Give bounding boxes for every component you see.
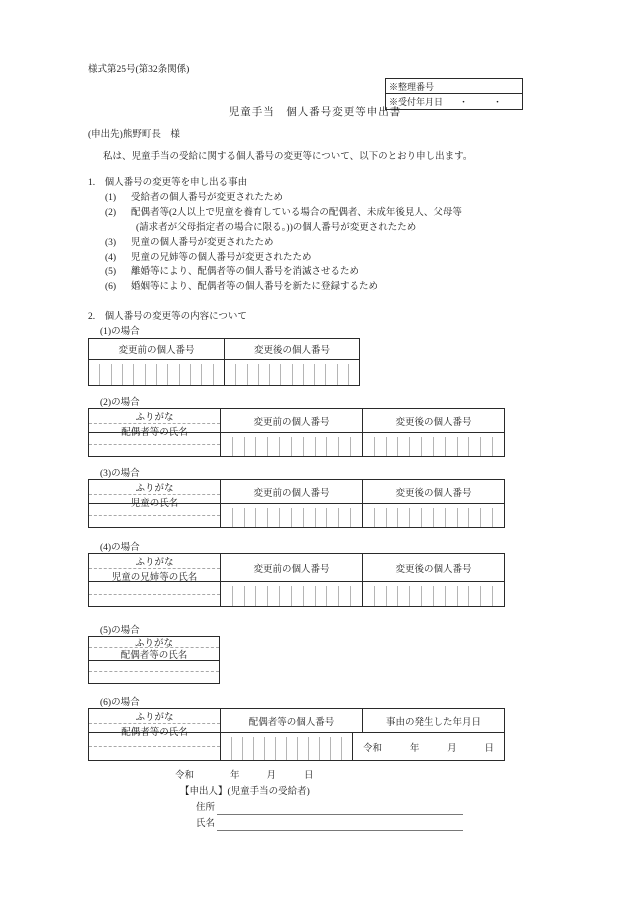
number-after-cells: [362, 582, 504, 606]
name-underline: [217, 819, 463, 831]
digit-cell: [422, 437, 434, 456]
number-before-cells: [221, 504, 362, 527]
reason-item-text: 児童の個人番号が変更されたため: [131, 237, 274, 250]
digit-cell: [387, 508, 399, 527]
digit-cell: [446, 586, 458, 606]
reason-item-number: (4): [105, 252, 131, 265]
spouse-number-cells: [221, 733, 352, 760]
case4-table: ふりがな 児童の兄姉等の氏名 変更前の個人番号 変更後の個人番号: [88, 553, 505, 607]
digit-cell: [281, 364, 292, 385]
col-header-before: 変更前の個人番号: [221, 480, 362, 503]
address-row: 住所: [196, 802, 463, 815]
digit-cell: [293, 364, 304, 385]
digit-cell: [123, 364, 134, 385]
era-label: 令和: [175, 770, 194, 783]
digit-cell: [304, 437, 316, 456]
furigana-label: ふりがな: [89, 480, 220, 495]
number-before-cells: [89, 360, 224, 385]
reason-item-number: (5): [105, 266, 131, 279]
digit-cell: [232, 737, 243, 760]
digit-cell: [458, 437, 470, 456]
digit-cell: [233, 437, 245, 456]
digit-cell: [315, 364, 326, 385]
case2-table: ふりがな 配偶者等の氏名 変更前の個人番号 変更後の個人番号: [88, 408, 505, 457]
digit-cell: [256, 508, 268, 527]
digit-cell: [221, 437, 233, 456]
reason-item-text: 受給者の個人番号が変更されたため: [131, 192, 283, 205]
digit-cell: [339, 437, 351, 456]
digit-cell: [256, 437, 268, 456]
digit-cell: [338, 364, 349, 385]
digit-cell: [458, 586, 470, 606]
furigana-entry: [89, 504, 220, 516]
digit-cell: [134, 364, 145, 385]
digit-cell: [112, 364, 123, 385]
digit-cell: [481, 508, 493, 527]
reason-item-text: 婚姻等により、配偶者等の個人番号を新たに登録するため: [131, 281, 378, 294]
digit-cell: [351, 437, 362, 456]
furigana-label: ふりがな: [89, 409, 220, 424]
digit-cell: [434, 437, 446, 456]
digit-cell: [214, 364, 224, 385]
digit-cell: [304, 508, 316, 527]
col-header-after: 変更後の個人番号: [362, 480, 504, 503]
reason-item-text: 配偶者等(2人以上で児童を養育している場合の配偶者、未成年後見人、父母等: [131, 207, 462, 220]
digit-cell: [327, 437, 339, 456]
digit-cell: [493, 437, 504, 456]
col-header-before: 変更前の個人番号: [221, 554, 362, 581]
digit-cell: [268, 437, 280, 456]
digit-cell: [287, 737, 298, 760]
reason-item-1: (1) 受給者の個人番号が変更されたため: [105, 192, 283, 205]
digit-cell: [245, 437, 257, 456]
digit-cell: [339, 508, 351, 527]
digit-cell: [351, 508, 362, 527]
name-row: 氏名: [196, 818, 463, 831]
digit-cell: [280, 586, 292, 606]
digit-cell: [481, 586, 493, 606]
digit-cell: [146, 364, 157, 385]
digit-cell: [422, 586, 434, 606]
digit-cell: [316, 437, 328, 456]
digit-cell: [243, 737, 254, 760]
intro-text: 私は、児童手当の受給に関する個人番号の変更等について、以下のとおり申し出ます。: [103, 151, 472, 164]
digit-cell: [342, 737, 352, 760]
reason-item-6: (6) 婚姻等により、配偶者等の個人番号を新たに登録するため: [105, 281, 378, 294]
digit-cell: [446, 437, 458, 456]
furigana-entry: [89, 661, 219, 672]
digit-cell: [326, 364, 337, 385]
reason-item-2-continuation: (請求者が父母指定者の場合に限る。))の個人番号が変更されたため: [136, 222, 416, 235]
sibling-name-label: 児童の兄姉等の氏名: [89, 569, 220, 583]
digit-cell: [410, 586, 422, 606]
name-entry: [89, 516, 220, 527]
reason-item-5: (5) 離婚等により、配偶者等の個人番号を消滅させるため: [105, 266, 359, 279]
digit-cell: [481, 437, 493, 456]
col-header-before: 変更前の個人番号: [221, 409, 362, 432]
digit-cell: [245, 586, 257, 606]
digit-cell: [100, 364, 111, 385]
name-entry-cell: [89, 504, 221, 527]
digit-cell: [265, 737, 276, 760]
number-after-cells: [224, 360, 359, 385]
address-underline: [217, 803, 463, 815]
digit-cell: [225, 364, 236, 385]
digit-cell: [268, 586, 280, 606]
digit-cell: [398, 586, 410, 606]
digit-cell: [320, 737, 331, 760]
digit-cell: [304, 586, 316, 606]
col-header-after: 変更後の個人番号: [362, 554, 504, 581]
digit-cell: [434, 586, 446, 606]
digit-cell: [387, 586, 399, 606]
year-label: 年: [410, 740, 420, 754]
page-title: 児童手当 個人番号変更等申出書: [0, 106, 630, 120]
form-code: 様式第25号(第32条関係): [88, 64, 189, 77]
digit-cell: [292, 437, 304, 456]
col-header-event-date: 事由の発生した年月日: [362, 709, 504, 732]
digit-cell: [331, 737, 342, 760]
application-date-line: 令和 年 月 日: [175, 770, 314, 783]
digit-cell: [363, 437, 375, 456]
digit-cell: [493, 586, 504, 606]
digit-cell: [233, 586, 245, 606]
reason-item-number: (1): [105, 192, 131, 205]
furigana-entry: [89, 733, 220, 747]
name-entry: [89, 445, 220, 456]
digit-cell: [221, 586, 233, 606]
digit-cell: [221, 737, 232, 760]
reason-item-text: 児童の兄姉等の個人番号が変更されたため: [131, 252, 312, 265]
digit-cell: [276, 737, 287, 760]
digit-cell: [157, 364, 168, 385]
digit-cell: [351, 586, 362, 606]
digit-cell: [363, 508, 375, 527]
digit-cell: [327, 508, 339, 527]
day-label: 日: [304, 770, 314, 783]
era-label: 令和: [363, 740, 382, 754]
digit-cell: [316, 508, 328, 527]
digit-cell: [398, 508, 410, 527]
digit-cell: [292, 508, 304, 527]
digit-cell: [259, 364, 270, 385]
digit-cell: [339, 586, 351, 606]
col-header-before: 変更前の個人番号: [89, 339, 224, 359]
reason-item-text: 離婚等により、配偶者等の個人番号を消滅させるため: [131, 266, 359, 279]
digit-cell: [280, 437, 292, 456]
digit-cell: [469, 437, 481, 456]
ref-number-label: ※整理番号: [389, 80, 434, 93]
month-label: 月: [447, 740, 457, 754]
digit-cell: [327, 586, 339, 606]
name-label: 氏名: [196, 818, 215, 831]
name-header-cell: ふりがな 配偶者等の氏名: [89, 409, 221, 432]
reason-item-3: (3) 児童の個人番号が変更されたため: [105, 237, 274, 250]
case1-table: 変更前の個人番号 変更後の個人番号: [88, 338, 360, 386]
section2-heading: 2. 個人番号の変更等の内容について: [88, 311, 247, 324]
digit-cell: [245, 508, 257, 527]
furigana-entry: [89, 433, 220, 445]
digit-cell: [304, 364, 315, 385]
digit-cell: [493, 508, 504, 527]
furigana-label: ふりがな: [89, 709, 220, 724]
digit-cell: [309, 737, 320, 760]
number-before-cells: [221, 433, 362, 456]
digit-cell: [316, 586, 328, 606]
case5-table: ふりがな 配偶者等の氏名: [88, 636, 220, 684]
name-header-cell: ふりがな 配偶者等の氏名: [89, 709, 221, 732]
col-header-spouse-number: 配偶者等の個人番号: [221, 709, 362, 732]
digit-cell: [254, 737, 265, 760]
reason-item-number: (6): [105, 281, 131, 294]
name-entry: [89, 747, 220, 760]
digit-cell: [410, 437, 422, 456]
digit-cell: [202, 364, 213, 385]
digit-cell: [292, 586, 304, 606]
day-label: 日: [484, 740, 494, 754]
digit-cell: [349, 364, 359, 385]
digit-cell: [233, 508, 245, 527]
name-entry-cell: [89, 433, 221, 456]
reason-item-number: (3): [105, 237, 131, 250]
digit-cell: [422, 508, 434, 527]
case6-table: ふりがな 配偶者等の氏名 配偶者等の個人番号 事由の発生した年月日 令和 年 月…: [88, 708, 505, 761]
name-header-cell: ふりがな 児童の兄姉等の氏名: [89, 554, 221, 581]
digit-cell: [180, 364, 191, 385]
ref-number-row: ※整理番号: [386, 79, 522, 94]
address-label: 住所: [196, 802, 215, 815]
digit-cell: [298, 737, 309, 760]
name-entry-cell: [89, 733, 221, 760]
digit-cell: [446, 508, 458, 527]
number-after-cells: [362, 433, 504, 456]
year-label: 年: [230, 770, 240, 783]
reason-item-4: (4) 児童の兄姉等の個人番号が変更されたため: [105, 252, 312, 265]
digit-cell: [270, 364, 281, 385]
digit-cell: [375, 586, 387, 606]
digit-cell: [256, 586, 268, 606]
reason-item-2: (2) 配偶者等(2人以上で児童を養育している場合の配偶者、未成年後見人、父母等: [105, 207, 462, 220]
number-before-cells: [221, 582, 362, 606]
reason-item-number: (2): [105, 207, 131, 220]
digit-cell: [236, 364, 247, 385]
digit-cell: [398, 437, 410, 456]
event-date-cell: 令和 年 月 日: [352, 733, 504, 760]
digit-cell: [89, 364, 100, 385]
number-after-cells: [362, 504, 504, 527]
col-header-after: 変更後の個人番号: [224, 339, 359, 359]
name-entry: [89, 595, 220, 607]
digit-cell: [375, 437, 387, 456]
document-page: 様式第25号(第32条関係) ※整理番号 ※受付年月日 ・ ・ 児童手当 個人番…: [0, 0, 630, 902]
digit-cell: [469, 508, 481, 527]
digit-cell: [363, 586, 375, 606]
section1-heading: 1. 個人番号の変更等を申し出る事由: [88, 177, 247, 190]
digit-cell: [168, 364, 179, 385]
digit-cell: [434, 508, 446, 527]
digit-cell: [191, 364, 202, 385]
month-label: 月: [267, 770, 277, 783]
digit-cell: [458, 508, 470, 527]
digit-cell: [375, 508, 387, 527]
name-entry-cell: [89, 582, 221, 606]
name-entry: [89, 672, 219, 683]
applicant-heading: 【申出人】(児童手当の受給者): [180, 786, 310, 799]
digit-cell: [469, 586, 481, 606]
name-header-cell: ふりがな 児童の氏名: [89, 480, 221, 503]
furigana-entry: [89, 582, 220, 595]
digit-cell: [221, 508, 233, 527]
digit-cell: [410, 508, 422, 527]
digit-cell: [387, 437, 399, 456]
case3-table: ふりがな 児童の氏名 変更前の個人番号 変更後の個人番号: [88, 479, 505, 528]
addressee: (申出先)熊野町長 様: [88, 129, 180, 142]
spouse-name-label: 配偶者等の氏名: [89, 648, 219, 661]
digit-cell: [248, 364, 259, 385]
digit-cell: [280, 508, 292, 527]
digit-cell: [268, 508, 280, 527]
furigana-label: ふりがな: [89, 554, 220, 569]
col-header-after: 変更後の個人番号: [362, 409, 504, 432]
